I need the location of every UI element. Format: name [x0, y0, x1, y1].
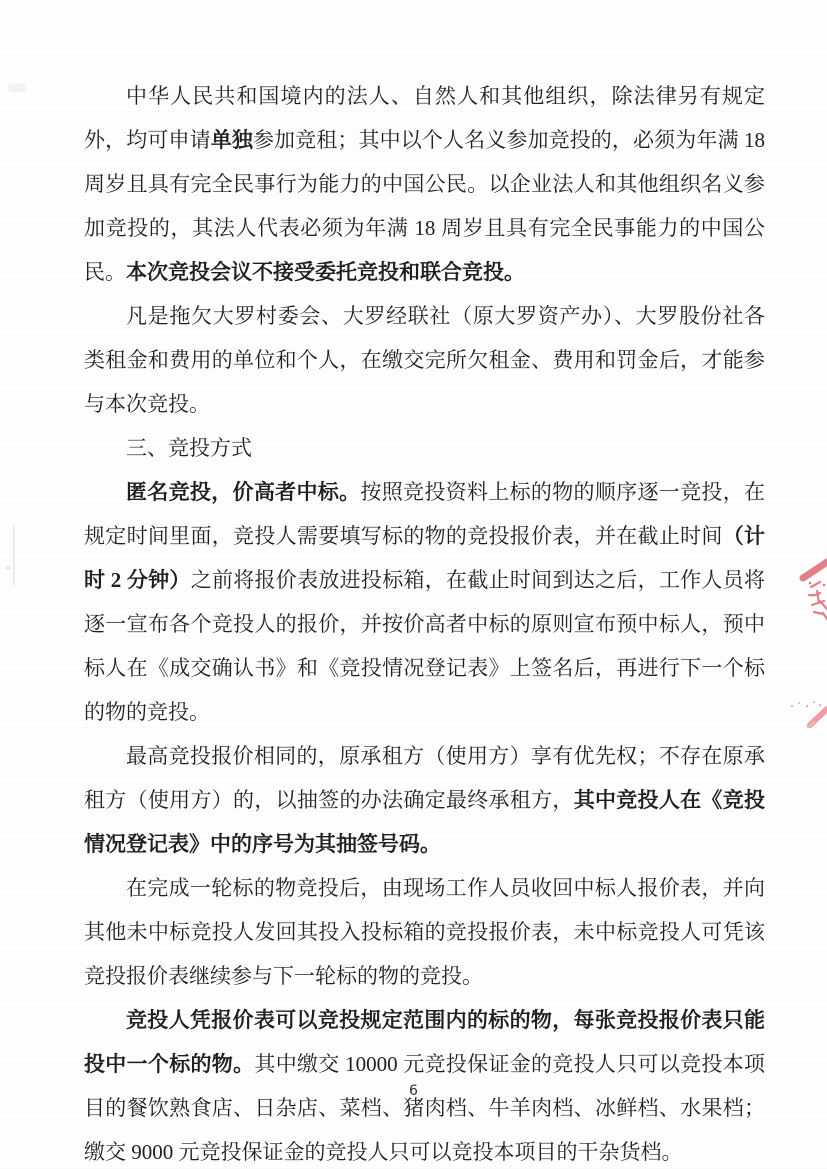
scan-smudge [13, 525, 15, 585]
document-page: 中华人民共和国境内的法人、自然人和其他组织，除法律另有规定外，均可申请单独参加竞… [0, 0, 827, 1169]
stamp-stroke [803, 562, 827, 578]
paragraph-participant-eligibility: 中华人民共和国境内的法人、自然人和其他组织，除法律另有规定外，均可申请单独参加竞… [84, 74, 765, 294]
stamp-characters-partial [809, 582, 827, 619]
text-segment: 凡是拖欠大罗村委会、大罗经联社（原大罗资产办）、大罗股份社各类租金和费用的单位和… [84, 304, 765, 416]
scan-smudge [6, 566, 10, 570]
stamp-dot [823, 584, 825, 586]
text-segment: 在完成一轮标的物竞投后，由现场工作人员收回中标人报价表，并向其他未中标竞投人发回… [84, 876, 765, 988]
section-heading-bidding-method: 三、竞投方式 [84, 426, 765, 470]
paragraph-arrears-restriction: 凡是拖欠大罗村委会、大罗经联社（原大罗资产办）、大罗股份社各类租金和费用的单位和… [84, 294, 765, 426]
stamp-dot [809, 582, 812, 585]
paragraph-tie-breaking: 最高竞投报价相同的，原承租方（使用方）享有优先权；不存在原承租方（使用方）的，以… [84, 734, 765, 866]
paragraph-bidding-procedure: 匿名竞投，价高者中标。按照竞投资料上标的物的顺序逐一竞投，在规定时间里面，竞投人… [84, 470, 765, 734]
document-body: 中华人民共和国境内的法人、自然人和其他组织，除法律另有规定外，均可申请单独参加竞… [84, 74, 765, 1169]
heading-text: 三、竞投方式 [126, 436, 252, 460]
scan-smudge [8, 84, 26, 92]
paragraph-form-return: 在完成一轮标的物竞投后，由现场工作人员收回中标人报价表，并向其他未中标竞投人发回… [84, 866, 765, 998]
text-segment-bold: 单独 [211, 128, 253, 152]
text-segment-bold: 本次竞投会议不接受委托竞投和联合竞投。 [126, 260, 525, 284]
text-segment-bold: 匿名竞投，价高者中标。 [126, 480, 360, 504]
red-ink-stamp-fragment-upper [790, 555, 827, 625]
red-ink-stamp-fragment-lower [780, 696, 827, 730]
stamp-dots [791, 701, 821, 707]
page-number: 6 [0, 1083, 827, 1099]
